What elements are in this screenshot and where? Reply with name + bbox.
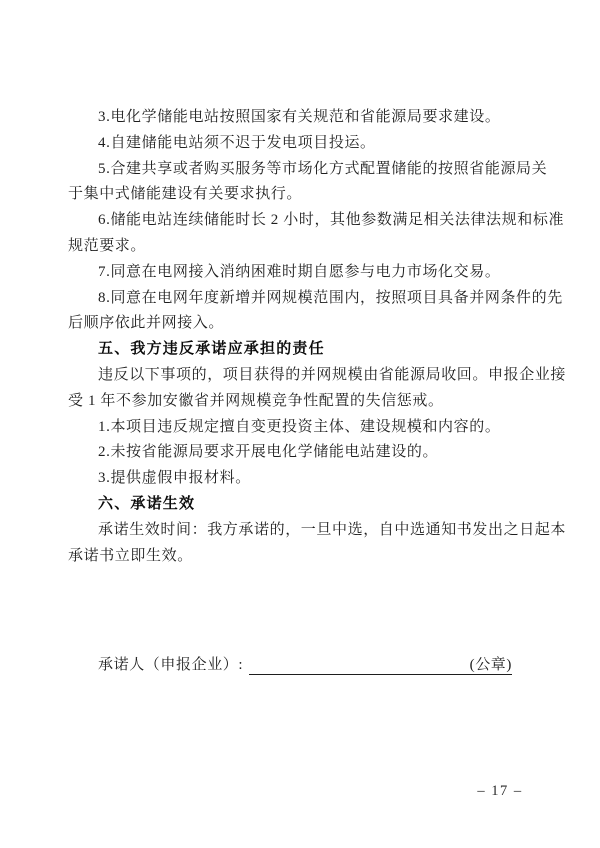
text-line: 后顺序依此并网接入。 — [68, 311, 534, 337]
stamp-label: (公章) — [470, 655, 512, 675]
text-line: 于集中式储能建设有关要求执行。 — [68, 182, 534, 208]
text-line: 2.未按省能源局要求开展电化学储能电站建设的。 — [68, 440, 534, 466]
text-line: 承诺书立即生效。 — [68, 544, 534, 570]
text-line: 受 1 年不参加安徽省并网规模竞争性配置的失信惩戒。 — [68, 389, 534, 415]
page-number: – 17 – — [440, 783, 560, 800]
text-line: 7.同意在电网接入消纳困难时期自愿参与电力市场化交易。 — [68, 260, 534, 286]
text-line: 承诺生效时间：我方承诺的，一旦中选，自中选通知书发出之日起本 — [68, 518, 534, 544]
section-heading-6: 六、承诺生效 — [68, 492, 534, 518]
text-line: 3.提供虚假申报材料。 — [68, 466, 534, 492]
text-line: 5.合建共享或者购买服务等市场化方式配置储能的按照省能源局关 — [68, 157, 534, 183]
text-line: 3.电化学储能电站按照国家有关规范和省能源局要求建设。 — [68, 105, 534, 131]
signature-row: 承诺人（申报企业）: (公章) — [68, 655, 534, 675]
text-line: 1.本项目违反规定擅自变更投资主体、建设规模和内容的。 — [68, 415, 534, 441]
text-line: 8.同意在电网年度新增并网规模范围内，按照项目具备并网条件的先 — [68, 286, 534, 312]
document-page: 3.电化学储能电站按照国家有关规范和省能源局要求建设。 4.自建储能电站须不迟于… — [0, 0, 600, 848]
text-line: 违反以下事项的，项目获得的并网规模由省能源局收回。申报企业接 — [68, 363, 534, 389]
signature-label: 承诺人（申报企业）: — [98, 655, 243, 675]
text-line: 4.自建储能电站须不迟于发电项目投运。 — [68, 131, 534, 157]
document-body: 3.电化学储能电站按照国家有关规范和省能源局要求建设。 4.自建储能电站须不迟于… — [68, 105, 534, 675]
section-heading-5: 五、我方违反承诺应承担的责任 — [68, 337, 534, 363]
text-line: 6.储能电站连续储能时长 2 小时，其他参数满足相关法律法规和标准 — [68, 208, 534, 234]
signature-blank-line — [249, 655, 469, 675]
text-line: 规范要求。 — [68, 234, 534, 260]
